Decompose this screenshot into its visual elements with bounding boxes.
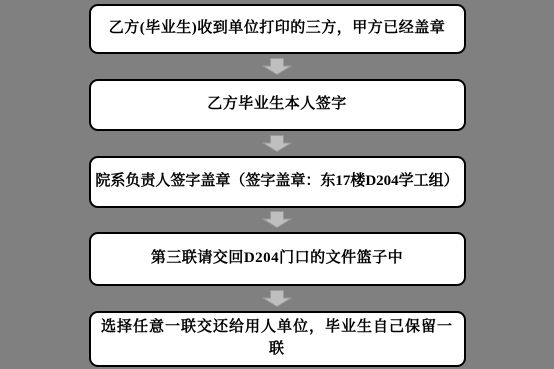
flow-step-4: 第三联请交回D204门口的文件篮子中 [89,232,466,286]
flow-step-3-label: 院系负责人签字盖章（签字盖章：东17楼D204学工组） [95,171,458,193]
flowchart-canvas: 乙方(毕业生)收到单位打印的三方，甲方已经盖章 乙方毕业生本人签字 院系负责人签… [0,0,554,369]
flow-step-5: 选择任意一联交还给用人单位，毕业生自己保留一联 [89,311,466,367]
down-arrow-icon [262,211,292,228]
flow-step-2-label: 乙方毕业生本人签字 [207,94,347,116]
flow-step-1: 乙方(毕业生)收到单位打印的三方，甲方已经盖章 [89,4,466,54]
flow-step-4-label: 第三联请交回D204门口的文件篮子中 [151,248,403,270]
down-arrow-icon [262,58,292,75]
flow-step-1-label: 乙方(毕业生)收到单位打印的三方，甲方已经盖章 [109,18,446,40]
flow-step-5-label: 选择任意一联交还给用人单位，毕业生自己保留一联 [99,317,455,361]
flow-step-2: 乙方毕业生本人签字 [89,79,466,131]
down-arrow-icon [262,290,292,307]
down-arrow-icon [262,135,292,152]
flow-step-3: 院系负责人签字盖章（签字盖章：东17楼D204学工组） [89,156,466,208]
